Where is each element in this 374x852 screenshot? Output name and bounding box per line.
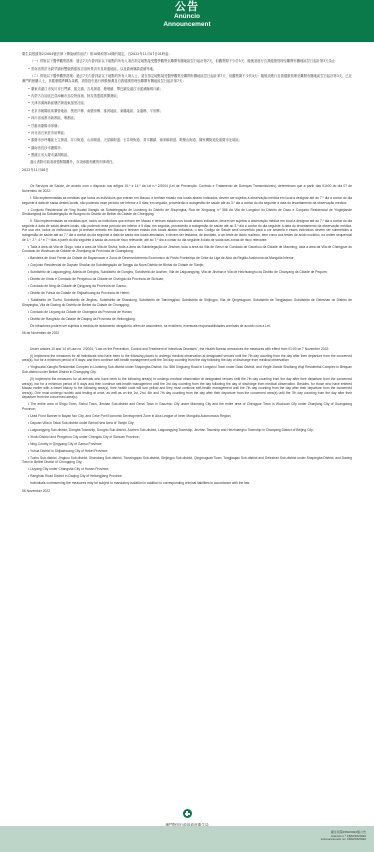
pt-para2-item: • Distrito de Xindu e Condado de Pengzho… (22, 277, 352, 282)
zh-date: 2022年11月06日 (22, 168, 352, 173)
pt-para2-item: • Conjunto Residencial de Dayuan Shadun … (22, 263, 352, 268)
zh-para2-item: • 內蒙古自治區巴彥淖爾市烏拉特前旗、阿拉善盟經濟開發區； (22, 94, 352, 99)
en-closing: Individuals contravening the measures ma… (22, 481, 352, 486)
header-title-zh: 公告 (0, 1, 374, 13)
announcement-header: 公告 Anúncio Announcement (0, 0, 374, 42)
en-intro: Under articles 10 and 14 of Law no. 2/20… (22, 347, 352, 352)
en-para2: (II) Implement the measures for all arri… (22, 377, 352, 400)
en-para1-item: • Yinghuatai Xiangfu Residential Complex… (22, 365, 352, 374)
zh-para1-item: • 雲南省景洪市勐罕鎮西雙版納傣族自治州景洪市及周邊地區，以及勐海縣勐混鎮等地。 (22, 67, 352, 72)
pt-para2-item: • Distrito de Ranghulu da Cidade de Daqi… (22, 317, 352, 322)
pt-para2-item: • Bandeira de Urad Frente da Cidade de B… (22, 256, 352, 261)
header-title-en: Announcement (0, 21, 374, 29)
header-title-pt: Anúncio (0, 13, 374, 21)
zh-closing: 違反者除可能須被強制隔離外，亦須承擔相應的刑事責任。 (22, 160, 352, 165)
en-para2-item: • Ranghulu Road District in Daqing City … (22, 474, 352, 479)
zh-para1: （一）實施以下醫學觀察措施：過去7天內曾到訪以下地點的所有人須在指定地點接受醫學… (22, 59, 352, 64)
zh-para2-item: • 四川省成都市新都區、郫都區； (22, 116, 352, 121)
zh-para2-item: • 湖南省長沙市瀏陽市； (22, 146, 352, 151)
en-para2-item: • Tuzhu Sub-district, Jingkou Sub-distri… (22, 456, 352, 465)
reference-en: Announcement no. 1582/SS/2022 (321, 838, 366, 842)
announcement-body: 衛生局根據第2/2004號法律《傳染病防治法》第10條和第14條的規定，自202… (0, 42, 374, 494)
zh-para2-item: • 北京市朝陽區來廣營地區、黑莊戶鄉、南磨房鄉、孫河地區、東壩地區、金盞鄉、平房… (22, 109, 352, 114)
pt-intro: Os Serviços de Saúde, de acordo com o di… (22, 184, 352, 193)
pt-para2-item: • Toda a área da Vila de Shigu, toda a á… (22, 245, 352, 254)
zh-para2-item: • 重慶市沙坪壩區土主街道、井口街道、山洞街道、天星橋街道、石井坡街道、青木關鎮… (22, 138, 352, 143)
zh-para2: （二）實施以下醫學觀察措施：過去7天內曾到訪以下地點的所有入境人士，須在指定地點… (22, 74, 352, 84)
en-para1: (I) Implement the measures for all indiv… (22, 354, 352, 363)
section-zh: 衛生局根據第2/2004號法律《傳染病防治法》第10條和第14條的規定，自202… (22, 52, 352, 173)
en-para2-item: • Liuyang City under Changsha City of Hu… (22, 467, 352, 472)
zh-para2-item: • 廣東省湛江市吳川市石門鎮、振文鎮、吉兆街道、塘㙍鎮、覃巴鎮及湛江市遂溪縣城月… (22, 87, 352, 92)
en-para2-item: • Xindu District and Pengzhou City under… (22, 435, 352, 440)
health-bureau-logo-icon (183, 809, 192, 818)
en-para2-item: • Laiguangying Sub-district, Dongba Town… (22, 428, 352, 433)
en-para2-item: • Yuhua District in Shijiazhuang City of… (22, 449, 352, 454)
announcement-footer: 衛生局第1582/2022號公告 Anúncio n.º 1582/SS/202… (0, 826, 374, 852)
zh-para2-item: • 河北省石家莊市裕華區； (22, 131, 352, 136)
en-para2-item: • The entire area of Shigu Town, Sishui … (22, 402, 352, 411)
zh-intro: 衛生局根據第2/2004號法律《傳染病防治法》第10條和第14條的規定，自202… (22, 52, 352, 57)
zh-para2-item: • 黑龍江省大慶市讓胡路區。 (22, 153, 352, 158)
en-date: 06 November 2022 (22, 489, 352, 494)
pt-para2-item: • Subdistrito de Laiguangying, Aldeia de… (22, 270, 352, 275)
section-pt: Os Serviços de Saúde, de acordo com o di… (22, 184, 352, 335)
pt-para1: I. São implementadas as medidas que todo… (22, 196, 352, 205)
pt-closing: Os infractores podem ser sujeitos à medi… (22, 324, 352, 329)
en-para2-item: • Dayuan Villa in Tabai Sub-district und… (22, 421, 352, 426)
pt-para2-item: • Condado de Liuyang da Cidade de Changs… (22, 310, 352, 315)
pt-para2-item: • Condado de Ning da Cidade de Qingyang … (22, 284, 352, 289)
pt-para2: II. São implementadas as medidas que, to… (22, 219, 352, 242)
en-para2-item: • Ning County in Qingyang City of Gansu … (22, 442, 352, 447)
pt-para1-item: • Conjunto Residencial de Ying Huatai Xi… (22, 208, 352, 217)
announcement-reference: 衛生局第1582/2022號公告 Anúncio n.º 1582/SS/202… (321, 831, 366, 842)
zh-para2-item: • 天津市濱海新區塘沽街道東風里社區； (22, 101, 352, 106)
en-para2-item: • Urad Front Banner in Bayan Nur City, a… (22, 414, 352, 419)
pt-para2-item: • Distrito de Yuhua da Cidade de Shijiaz… (22, 291, 352, 296)
pt-date: 06 de Novembro de 2022 (22, 331, 352, 336)
zh-para2-item: • 甘肅省慶陽市寧縣； (22, 124, 352, 129)
pt-para2-item: • Subdistrito de Tuzhu, Subdistrito de J… (22, 298, 352, 307)
section-en: Under articles 10 and 14 of Law no. 2/20… (22, 347, 352, 494)
